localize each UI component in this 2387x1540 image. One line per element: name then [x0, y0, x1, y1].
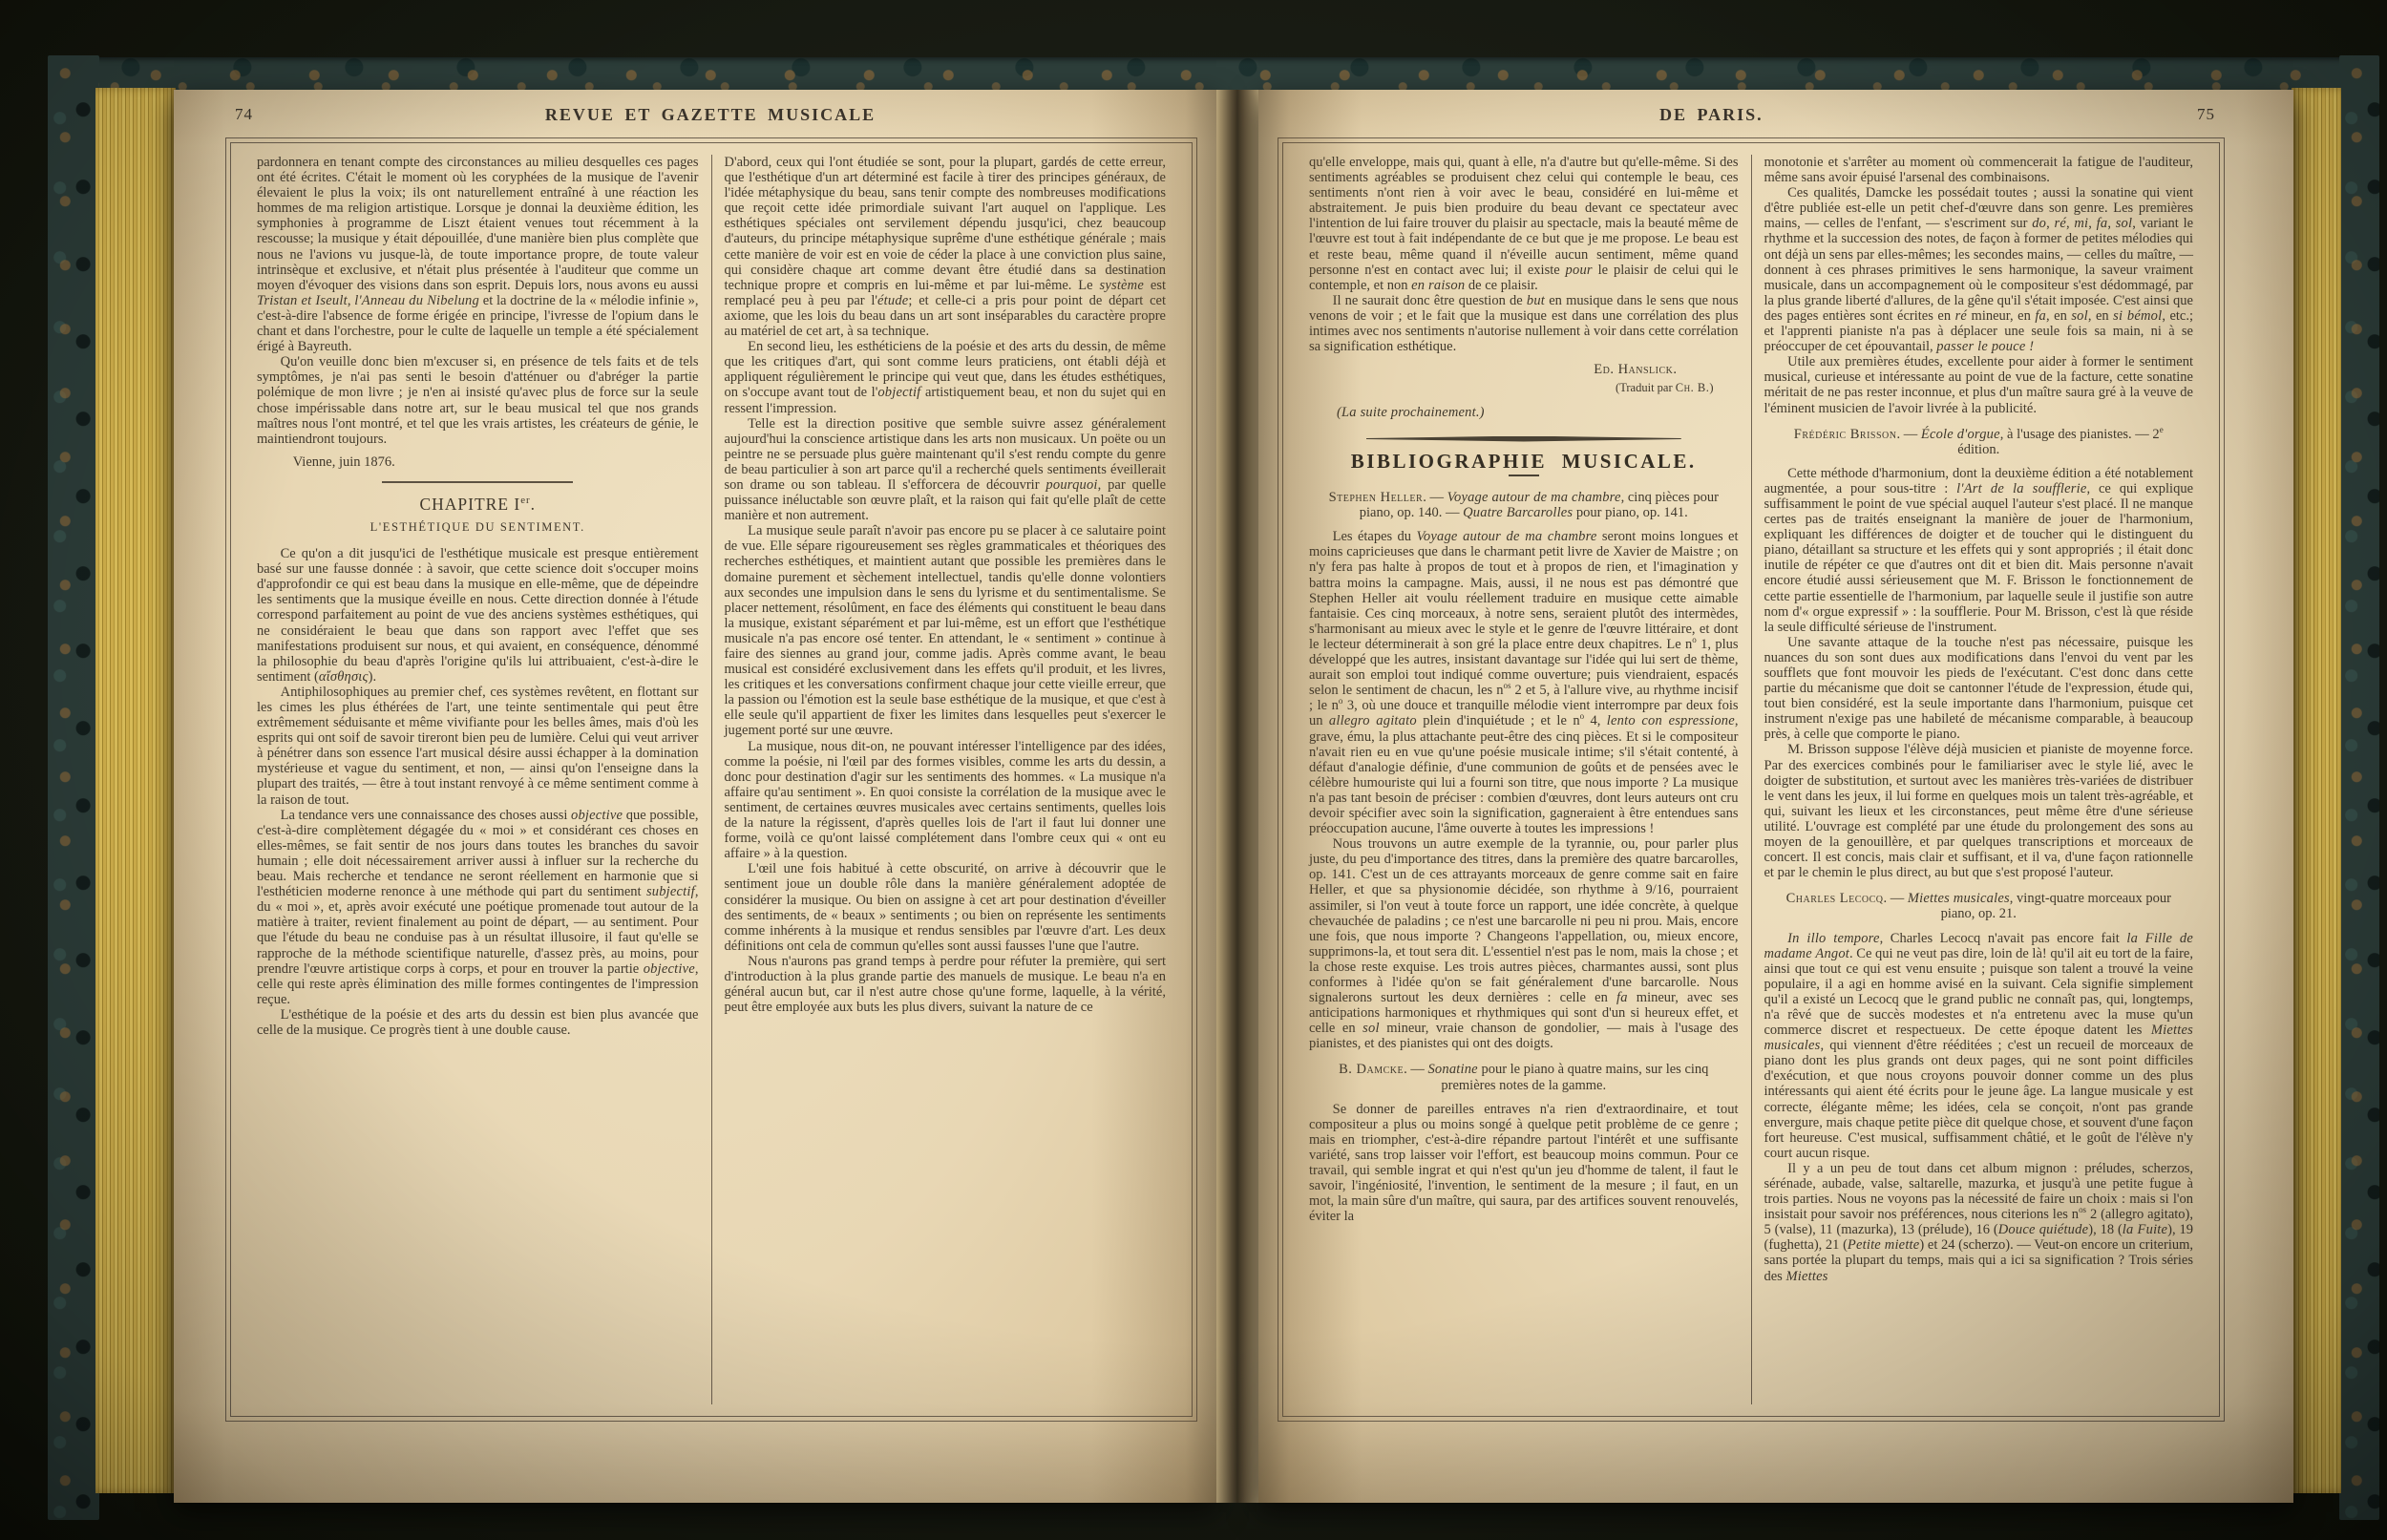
text-frame-left-inner: pardonnera en tenant compte des circonst… — [230, 142, 1193, 1417]
continuation-note: (La suite prochainement.) — [1309, 405, 1739, 420]
running-title-right: DE PARIS. — [1659, 105, 1764, 125]
paragraph: Ces qualités, Damcke les possédait toute… — [1764, 185, 2194, 354]
bibliography-entry-heading: B. Damcke. — Sonatine pour le piano à qu… — [1309, 1062, 1739, 1092]
paragraph: L'œil une fois habitué à cette obscurité… — [725, 861, 1167, 954]
paragraph: En second lieu, les esthéticiens de la p… — [725, 339, 1167, 415]
right-page-edges — [2292, 88, 2341, 1493]
paragraph: Il y a un peu de tout dans cet album mig… — [1764, 1161, 2194, 1284]
paragraph: pardonnera en tenant compte des circonst… — [257, 155, 699, 354]
text-frame-right: qu'elle enveloppe, mais qui, quant à ell… — [1278, 137, 2225, 1422]
paragraph: Telle est la direction positive que semb… — [725, 416, 1167, 524]
left-page-header: 74 REVUE ET GAZETTE MUSICALE — [225, 105, 1195, 130]
swelled-rule-ornament — [1366, 436, 1681, 442]
paragraph: In illo tempore, Charles Lecocq n'avait … — [1764, 931, 2194, 1161]
paragraph: Cette méthode d'harmonium, dont la deuxi… — [1764, 466, 2194, 635]
left-page-column-2: D'abord, ceux qui l'ont étudiée se sont,… — [711, 155, 1179, 1404]
page-number-right: 75 — [2197, 105, 2215, 124]
left-page: 74 REVUE ET GAZETTE MUSICALE pardonnera … — [174, 90, 1216, 1503]
author-signature: Ed. Hanslick. — [1309, 362, 1739, 377]
right-cover-board — [2339, 55, 2379, 1520]
paragraph: Nous n'aurons pas grand temps à perdre p… — [725, 954, 1167, 1015]
paragraph: Ce qu'on a dit jusqu'ici de l'esthétique… — [257, 546, 699, 685]
paragraph: Qu'on veuille donc bien m'excuser si, en… — [257, 354, 699, 447]
right-page: DE PARIS. 75 qu'elle enveloppe, mais qui… — [1258, 90, 2293, 1503]
bibliography-entry-heading: Frédéric Brisson. — École d'orgue, à l'u… — [1764, 427, 2194, 457]
section-title: BIBLIOGRAPHIE MUSICALE. — [1309, 454, 1739, 469]
paragraph: La tendance vers une connaissance des ch… — [257, 808, 699, 1007]
right-page-column-1: qu'elle enveloppe, mais qui, quant à ell… — [1297, 155, 1751, 1404]
translator-note: (Traduit par Ch. B.) — [1309, 380, 1739, 395]
paragraph: Nous trouvons un autre exemple de la tyr… — [1309, 836, 1739, 1051]
left-page-column-1: pardonnera en tenant compte des circonst… — [244, 155, 711, 1404]
running-title-left: REVUE ET GAZETTE MUSICALE — [545, 105, 876, 124]
paragraph: Utile aux premières études, excellente p… — [1764, 354, 2194, 415]
title-dash — [1509, 475, 1539, 477]
paragraph: La musique seule paraît n'avoir pas enco… — [725, 523, 1167, 738]
page-number-left: 74 — [235, 105, 253, 124]
paragraph: Se donner de pareilles entraves n'a rien… — [1309, 1102, 1739, 1225]
paragraph: monotonie et s'arrêter au moment où comm… — [1764, 155, 2194, 185]
left-page-edges — [95, 88, 176, 1493]
text-frame-left: pardonnera en tenant compte des circonst… — [225, 137, 1197, 1422]
paragraph: Il ne saurait donc être question de but … — [1309, 293, 1739, 354]
divider-rule — [382, 481, 573, 483]
paragraph: L'esthétique de la poésie et des arts du… — [257, 1007, 699, 1038]
book-photo: 74 REVUE ET GAZETTE MUSICALE pardonnera … — [0, 0, 2387, 1540]
paragraph: M. Brisson suppose l'élève déjà musicien… — [1764, 742, 2194, 880]
right-page-header: DE PARIS. 75 — [1278, 105, 2223, 130]
chapter-subheading: L'ESTHÉTIQUE DU SENTIMENT. — [257, 519, 699, 535]
bibliography-entry-heading: Stephen Heller. — Voyage autour de ma ch… — [1309, 490, 1739, 520]
paragraph: Une savante attaque de la touche n'est p… — [1764, 635, 2194, 743]
paragraph: La musique, nous dit-on, ne pouvant inté… — [725, 739, 1167, 862]
right-page-column-2: monotonie et s'arrêter au moment où comm… — [1751, 155, 2207, 1404]
chapter-heading: CHAPITRE Ier. — [257, 496, 699, 512]
bibliography-entry-heading: Charles Lecocq. — Miettes musicales, vin… — [1764, 891, 2194, 921]
paragraph: Les étapes du Voyage autour de ma chambr… — [1309, 529, 1739, 836]
dateline: Vienne, juin 1876. — [257, 454, 699, 470]
text-frame-right-inner: qu'elle enveloppe, mais qui, quant à ell… — [1282, 142, 2220, 1417]
spine-gutter — [1216, 90, 1258, 1503]
paragraph: Antiphilosophiques au premier chef, ces … — [257, 685, 699, 808]
paragraph: qu'elle enveloppe, mais qui, quant à ell… — [1309, 155, 1739, 293]
left-cover-board — [48, 55, 99, 1520]
paragraph: D'abord, ceux qui l'ont étudiée se sont,… — [725, 155, 1167, 339]
